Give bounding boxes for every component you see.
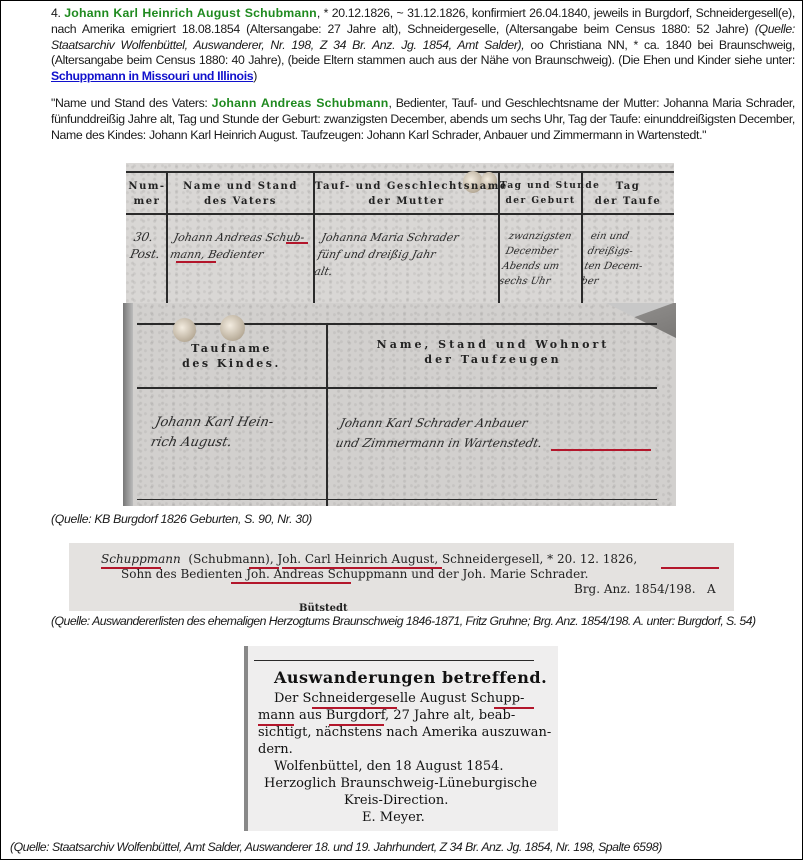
clip-line-1: Schuppmann (Schubmann), Joh. Carl Heinri… [101, 552, 637, 566]
newspaper-line: mann aus Burgdorf, 27 Jahre alt, beab- [258, 708, 515, 725]
cell-mutter: Johanna Maria Schrader fünf und dreißig … [313, 229, 502, 280]
person-name: Johann Karl Heinrich August Schubmann [64, 6, 317, 20]
quote-prefix: "Name und Stand des Vaters: [51, 96, 212, 110]
caption-staatsarchiv: (Quelle: Staatsarchiv Wolfenbüttel, Amt … [10, 840, 662, 856]
caption-church-book: (Quelle: KB Burgdorf 1826 Geburten, S. 9… [51, 512, 312, 528]
header-nummer: Num- mer [128, 179, 166, 209]
entry-paragraph: 4. Johann Karl Heinrich August Schubmann… [51, 6, 795, 85]
header-taufe: Tag der Taufe [583, 179, 673, 209]
clip-line1-rest: (Schubmann), Joh. Carl Heinrich August, … [181, 552, 637, 566]
punch-hole [173, 318, 196, 342]
quote-paragraph: "Name und Stand des Vaters: Johann Andre… [51, 96, 795, 143]
cell-vater: Johann Andreas Schub- mann, Bedienter [168, 229, 315, 263]
caption-emigrant-list: (Quelle: Auswandererlisten des ehemalige… [51, 614, 795, 630]
clip-cut-heading: Bütstedt [299, 602, 348, 611]
newspaper-line: Herzoglich Braunschweig-Lüneburgische [264, 776, 537, 793]
header-taufname: Taufname des Kindes. [137, 341, 326, 371]
clip-line-3: Brg. Anz. 1854/198. A [574, 582, 716, 596]
clip-line-2: Sohn des Bedienten Joh. Andreas Schuppma… [121, 567, 588, 581]
newspaper-title: Auswanderungen betreffend. [274, 670, 547, 687]
newspaper-clipping: Auswanderungen betreffend. Der Schneider… [244, 646, 558, 831]
cell-nummer: 30. Post. [128, 229, 169, 263]
schuppmann-missouri-link[interactable]: Schuppmann in Missouri und Illinois [51, 69, 253, 83]
cell-geburt: zwanzigsten December Abends um sechs Uhr [498, 229, 587, 289]
emigrant-list-clip: Schuppmann (Schubmann), Joh. Carl Heinri… [69, 543, 734, 611]
newspaper-line: dern. [258, 742, 293, 759]
cell-taufname: Johann Karl Hein- rich August. [149, 413, 328, 453]
newspaper-line: E. Meyer. [362, 810, 425, 827]
header-mutter: Tauf- und Geschlechtsname der Mutter [315, 179, 498, 209]
newspaper-line: Wolfenbüttel, den 18 August 1854. [274, 759, 504, 776]
cell-taufzeugen: Johann Karl Schrader Anbauer und Zimmerm… [334, 413, 663, 453]
newspaper-line: Der Schneidergeselle August Schupp- [274, 691, 524, 708]
header-geburt: Tag und Stunde der Geburt [500, 179, 581, 209]
page-frame: 4. Johann Karl Heinrich August Schubmann… [0, 0, 803, 860]
clip-surname: Schuppmann [101, 552, 181, 566]
punch-hole [220, 315, 245, 341]
church-register-scan-top: Num- mer Name und Stand des Vaters Tauf-… [126, 163, 674, 303]
entry-number: 4. [51, 6, 61, 20]
link-close-paren: ) [253, 69, 257, 83]
header-vater: Name und Stand des Vaters [168, 179, 313, 209]
cell-taufe: ein und dreißigs- ten Decem- ber [580, 229, 674, 289]
newspaper-line: sichtigt, nächstens nach Amerika auszuwa… [258, 725, 551, 742]
header-taufzeugen: Name, Stand und Wohnort der Taufzeugen [328, 337, 658, 367]
church-register-scan-bottom: Taufname des Kindes. Name, Stand und Woh… [123, 303, 676, 506]
newspaper-line: Kreis-Direction. [344, 793, 448, 810]
father-name: Johann Andreas Schubmann [212, 96, 389, 110]
